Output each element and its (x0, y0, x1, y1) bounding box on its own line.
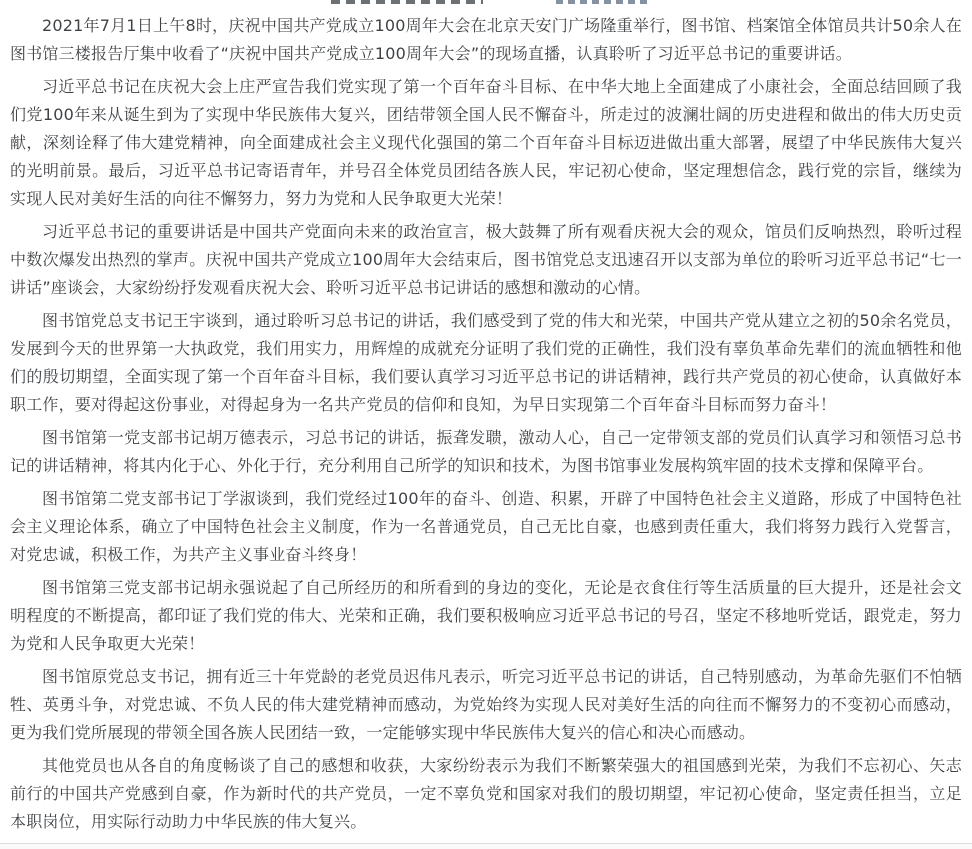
clipped-title-text-fragment (331, 0, 483, 4)
article-body: 2021年7月1日上午8时，庆祝中国共产党成立100周年大会在北京天安门广场隆重… (0, 6, 972, 836)
article-page: 2021年7月1日上午8时，庆祝中国共产党成立100周年大会在北京天安门广场隆重… (0, 0, 972, 849)
footer-divider (0, 843, 972, 849)
paragraph-reaction: 习近平总书记的重要讲话是中国共产党面向未来的政治宣言，极大鼓舞了所有观看庆祝大会… (10, 218, 962, 302)
paragraph-huyongqiang-remarks: 图书馆第三党支部书记胡永强说起了自己所经历的和所看到的身边的变化，无论是衣食住行… (10, 574, 962, 658)
paragraph-huwande-remarks: 图书馆第一党支部书记胡万德表示，习总书记的讲话，振聋发聩，激动人心，自己一定带领… (10, 424, 962, 480)
clipped-title-row (0, 0, 972, 6)
paragraph-chiweifan-remarks: 图书馆原党总支书记，拥有近三十年党龄的老党员迟伟凡表示，听完习近平总书记的讲话，… (10, 663, 962, 747)
paragraph-dingxueshu-remarks: 图书馆第二党支部书记丁学淑谈到，我们党经过100年的奋斗、创造、积累，开辟了中国… (10, 485, 962, 569)
paragraph-other-members: 其他党员也从各自的角度畅谈了自己的感想和收获，大家纷纷表示为我们不断繁荣强大的祖… (10, 752, 962, 836)
paragraph-intro: 2021年7月1日上午8时，庆祝中国共产党成立100周年大会在北京天安门广场隆重… (10, 12, 962, 68)
paragraph-wangyu-remarks: 图书馆党总支书记王宇谈到，通过聆听习总书记的讲话，我们感受到了党的伟大和光荣，中… (10, 307, 962, 419)
paragraph-speech-summary: 习近平总书记在庆祝大会上庄严宣告我们党实现了第一个百年奋斗目标、在中华大地上全面… (10, 73, 962, 213)
clipped-title-meta-fragment (556, 0, 652, 4)
